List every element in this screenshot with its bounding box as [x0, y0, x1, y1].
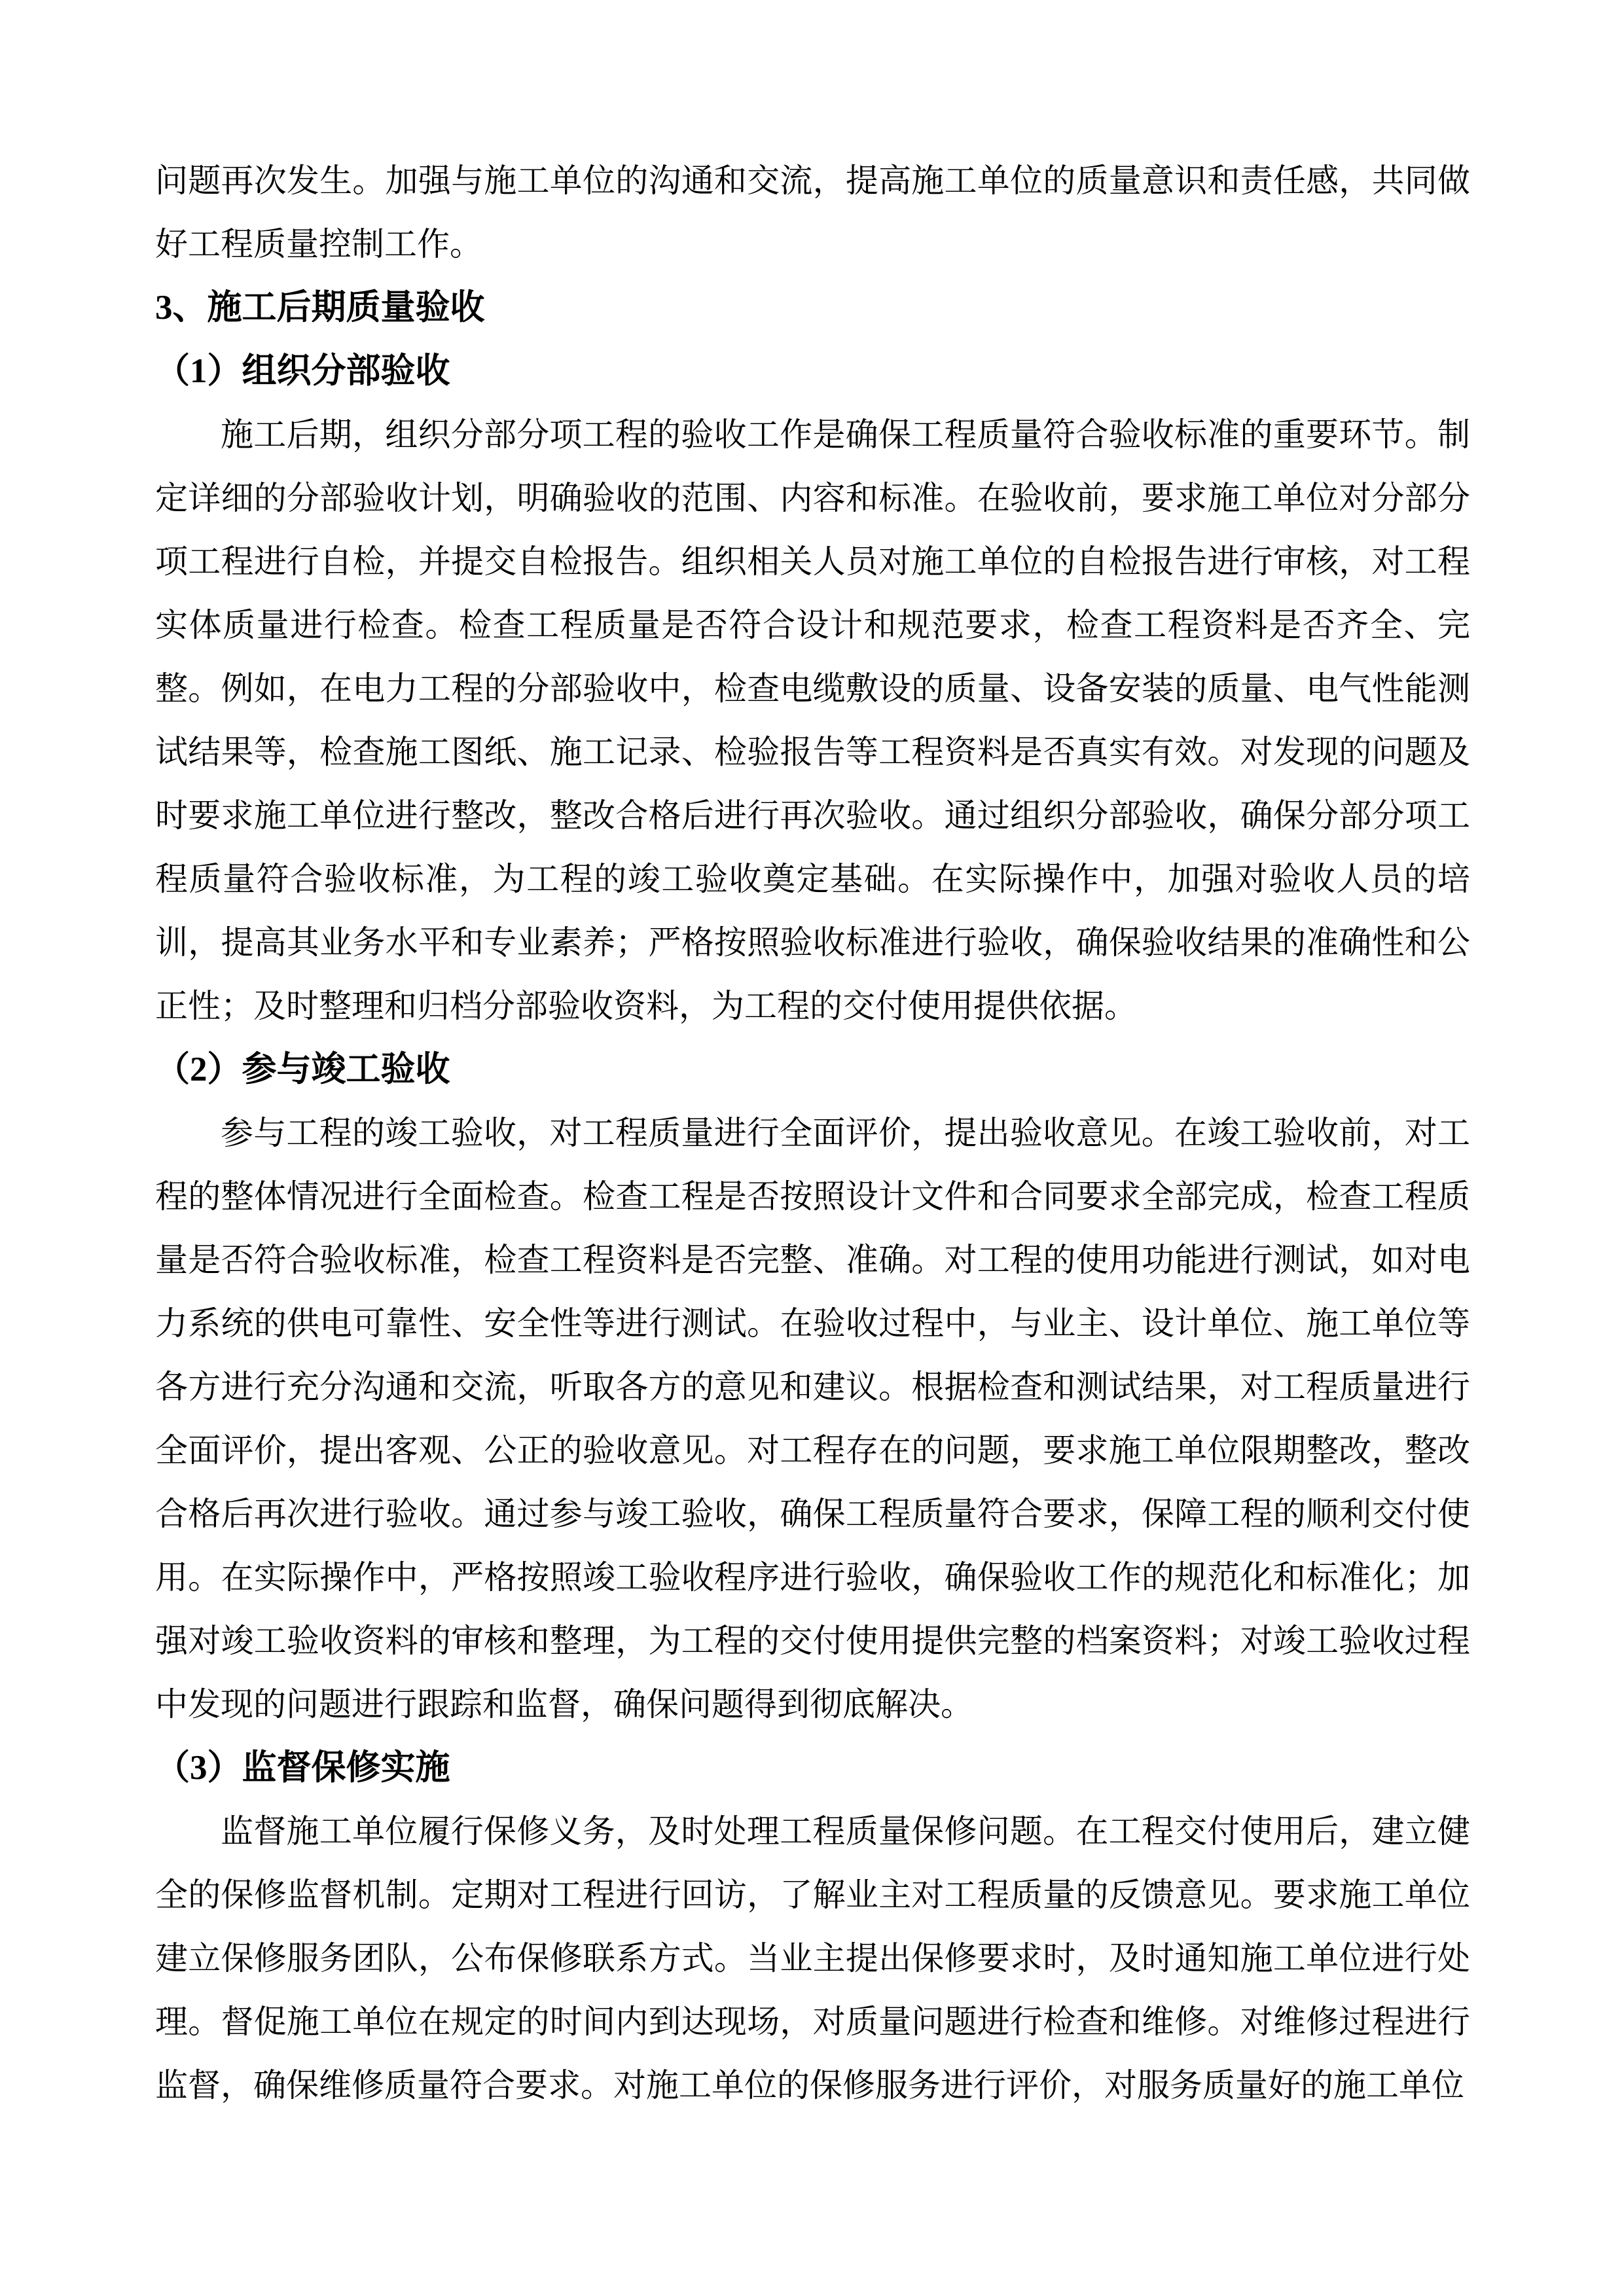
paragraph-continued: 问题再次发生。加强与施工单位的沟通和交流，提高施工单位的质量意识和责任感，共同做…: [155, 149, 1470, 276]
document-page: 问题再次发生。加强与施工单位的沟通和交流，提高施工单位的质量意识和责任感，共同做…: [0, 0, 1624, 2296]
subsection-heading-3-supervise-warranty-implementation: （3）监督保修实施: [155, 1736, 1470, 1800]
body-paragraph-warranty-supervision: 监督施工单位履行保修义务，及时处理工程质量保修问题。在工程交付使用后，建立健全的…: [155, 1800, 1470, 2117]
page-content: 问题再次发生。加强与施工单位的沟通和交流，提高施工单位的质量意识和责任感，共同做…: [155, 149, 1470, 2117]
body-paragraph-completion-acceptance: 参与工程的竣工验收，对工程质量进行全面评价，提出验收意见。在竣工验收前，对工程的…: [155, 1102, 1470, 1736]
body-paragraph-divisional-acceptance: 施工后期，组织分部分项工程的验收工作是确保工程质量符合验收标准的重要环节。制定详…: [155, 403, 1470, 1038]
subsection-heading-2-participate-completion-acceptance: （2）参与竣工验收: [155, 1038, 1470, 1102]
subsection-heading-1-organize-divisional-acceptance: （1）组织分部验收: [155, 340, 1470, 403]
section-heading-construction-late-stage-acceptance: 3、施工后期质量验收: [155, 276, 1470, 340]
